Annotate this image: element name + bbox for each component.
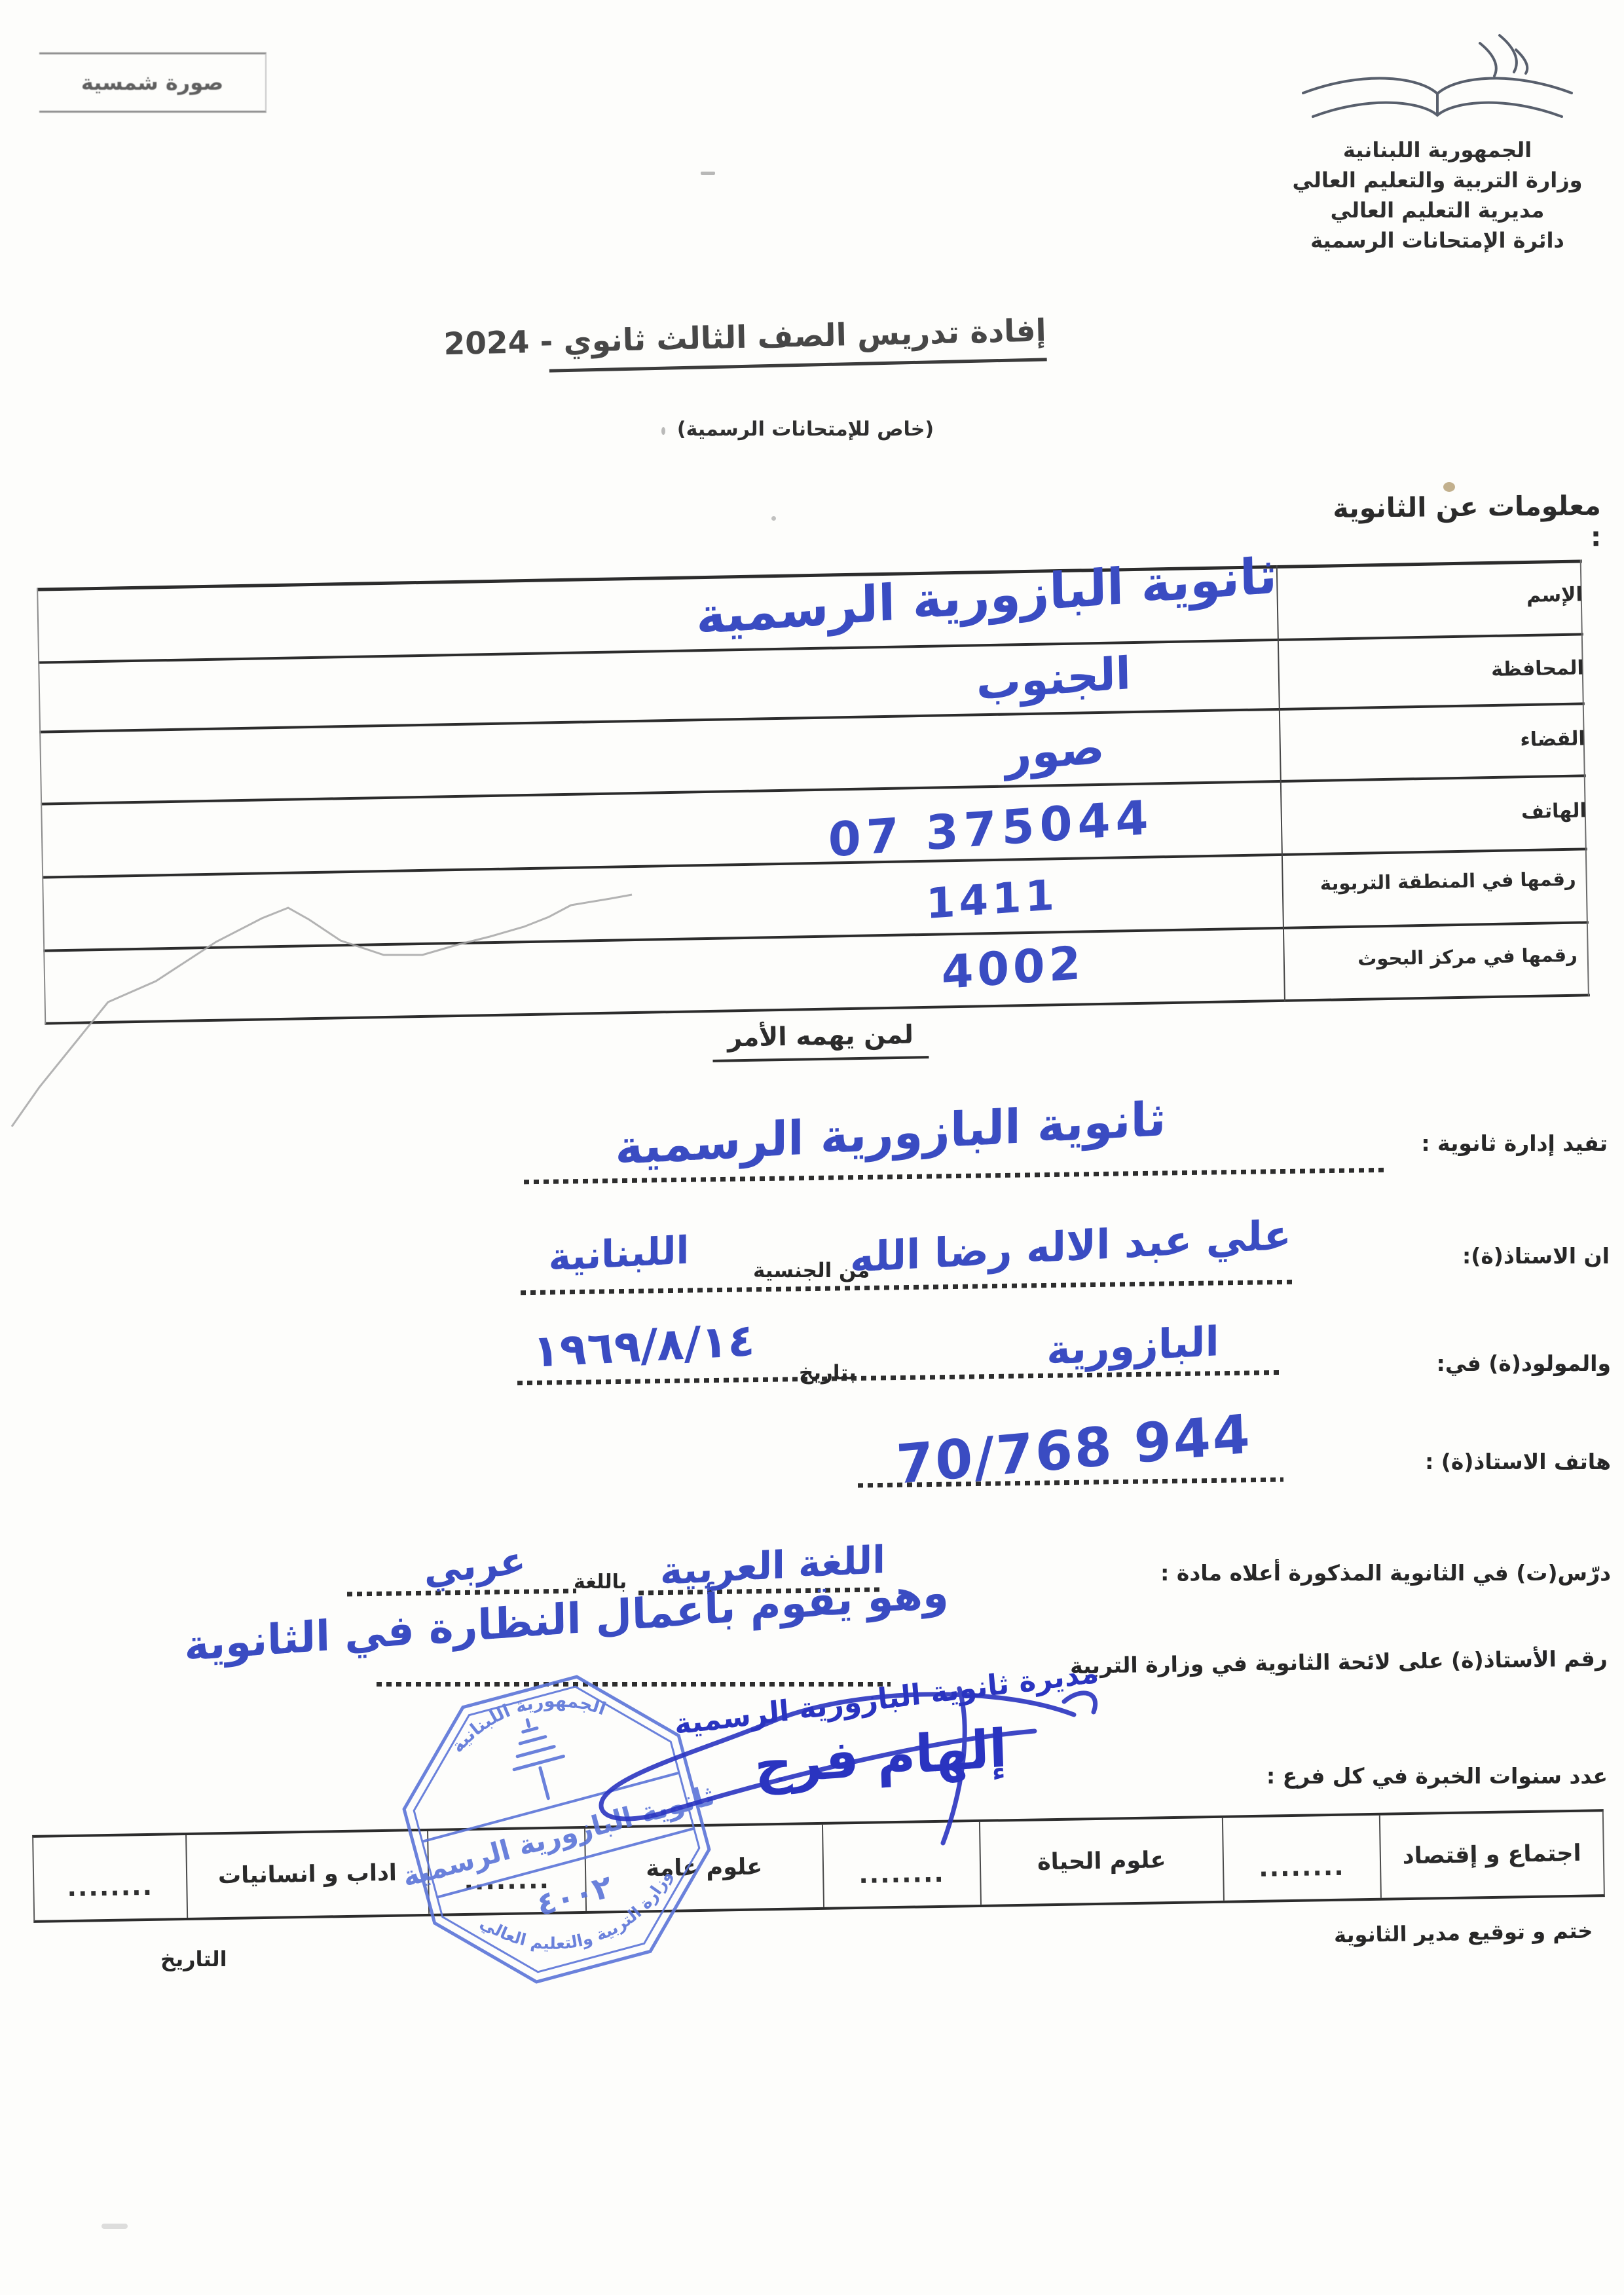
paper-speck [771, 516, 776, 521]
header-line-republic: الجمهورية اللبنانية [1264, 135, 1611, 165]
form-title: إفادة تدريس الصف الثالث ثانوي - 2024 [548, 312, 1046, 372]
exp-cell-dots: ........ [1222, 1816, 1380, 1901]
certify-label: تفيد إدارة ثانوية : [1421, 1130, 1608, 1156]
exp-cell-dots-text: ........ [67, 1872, 153, 1902]
paper-stain [1443, 482, 1455, 492]
exp-cell-humanities: اداب و انسانيات [185, 1831, 428, 1918]
exp-cell-label: اداب و انسانيات [218, 1860, 397, 1890]
paper-speck [101, 2224, 128, 2229]
teacher-label: ان الاستاذ(ة): [1462, 1243, 1610, 1269]
cedar-tree-icon [503, 1713, 573, 1805]
language-value-handwritten: عربي [399, 1535, 551, 1595]
stamp-number: ٤٠٠٢ [532, 1868, 616, 1923]
header-line-exams-dept: دائرة الإمتحانات الرسمية [1264, 225, 1611, 255]
subject-label: درّس(ت) في الثانوية المذكورة أعلاه مادة … [1160, 1560, 1611, 1586]
header-line-ministry: وزارة التربية والتعليم العالي [1264, 165, 1611, 195]
school-row-label-phone: الهاتف [1285, 799, 1587, 827]
date-label: التاريخ [160, 1947, 227, 1971]
open-book-logo-icon [1283, 30, 1591, 134]
teacher-phone-label: هاتف الاستاذ(ة) : [1425, 1449, 1611, 1474]
form-subtitle: (خاص للإمتحانات الرسمية) [665, 418, 946, 441]
header-line-directorate: مديرية التعليم العالي [1264, 195, 1611, 225]
certify-value-handwritten: ثانوية البازورية الرسمية [603, 1091, 1179, 1176]
photo-box: صورة شمسية [39, 52, 267, 113]
school-row-label-name: الإسم [1281, 583, 1583, 611]
birth-date-label: بتاريخ [799, 1361, 857, 1385]
duty-note-handwritten: وهو يقوم بأعمال النظارة في الثانوية [161, 1567, 972, 1673]
dotted-line [521, 1280, 1293, 1295]
born-place-handwritten: البازورية [979, 1314, 1286, 1378]
scanned-form-page: صورة شمسية الجمهورية اللبنانية وزارة الت… [0, 0, 1624, 2295]
exp-cell-social-economics: اجتماع و إقتصاد [1378, 1812, 1603, 1898]
birth-date-handwritten: ١٩٦٩/٨/١٤ [490, 1313, 797, 1381]
teacher-name-handwritten: علي عبد الاله رضا الله [826, 1209, 1316, 1282]
experience-label: عدد سنوات الخبرة في كل فرع : [1266, 1763, 1608, 1789]
school-info-heading: معلومات عن الثانوية : [1319, 490, 1602, 555]
to-whom-heading: لمن يهمه الأمر [712, 1020, 929, 1062]
table-line [38, 633, 1583, 663]
table-border-right [1580, 559, 1589, 996]
school-row-label-governorate: المحافظة [1282, 656, 1584, 684]
paper-speck [701, 172, 715, 175]
school-row-label-research-no: رقمها في مركز البحوث [1288, 944, 1578, 971]
dotted-line [347, 1589, 576, 1597]
seal-signature-label: ختم و توقيع مدير الثانوية [1333, 1918, 1593, 1948]
school-value-name-handwritten: ثانوية البازورية الرسمية [659, 544, 1314, 648]
photo-box-label: صورة شمسية [81, 70, 223, 95]
exp-cell-dots-text: ........ [1259, 1852, 1345, 1882]
school-row-label-district: القضاء [1283, 727, 1585, 755]
paper-speck [661, 427, 665, 435]
scan-artifact-line [0, 871, 655, 1146]
language-label: باللغة [574, 1571, 627, 1594]
born-label: والمولود(ة) في: [1437, 1351, 1611, 1376]
school-row-label-edu-district-no: رقمها في المنطقة التربوية [1286, 868, 1576, 895]
exp-cell-dots: ........ [33, 1835, 187, 1920]
exp-cell-label: اجتماع و إقتصاد [1402, 1840, 1581, 1870]
nationality-value-handwritten: اللبنانية [507, 1225, 730, 1282]
signature-flourish [576, 1674, 1153, 1864]
ministry-header: الجمهورية اللبنانية وزارة التربية والتعل… [1264, 30, 1611, 255]
nationality-label: من الجنسية [753, 1259, 870, 1282]
